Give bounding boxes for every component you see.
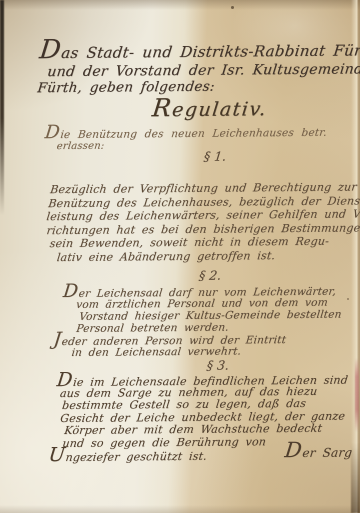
section-2-mark: § 2.	[198, 268, 222, 283]
header-line-2: und der Vorstand der Isr. Kultusgemeinde	[46, 61, 360, 80]
section-1-paragraph: Bezüglich der Verpflichtung und Berechti…	[45, 180, 360, 264]
header-line-1: Das Stadt- und Distrikts-Rabbinat Fürth	[38, 40, 360, 62]
section-3-mark: § 3.	[206, 358, 230, 373]
text-line: in den Leichensaal verwehrt.	[71, 345, 343, 359]
document-title: Regulativ.	[151, 98, 268, 121]
section-2-paragraph: Der Leichensaal darf nur vom Leichenwärt…	[50, 285, 341, 360]
catchword: Der Sarg	[284, 444, 353, 460]
subject-line-2: erlassen:	[56, 141, 105, 152]
text-line: lativ eine Abänderung getroffen ist.	[56, 248, 360, 264]
subject-line-1: Die Benützung des neuen Leichenhauses be…	[44, 126, 328, 141]
manuscript-scan: Das Stadt- und Distrikts-Rabbinat Fürth …	[0, 0, 360, 513]
handwritten-text-layer: Das Stadt- und Distrikts-Rabbinat Fürth …	[0, 0, 360, 513]
header-line-3: Fürth, geben folgendes:	[37, 79, 216, 97]
section-1-mark: § 1.	[203, 149, 227, 164]
